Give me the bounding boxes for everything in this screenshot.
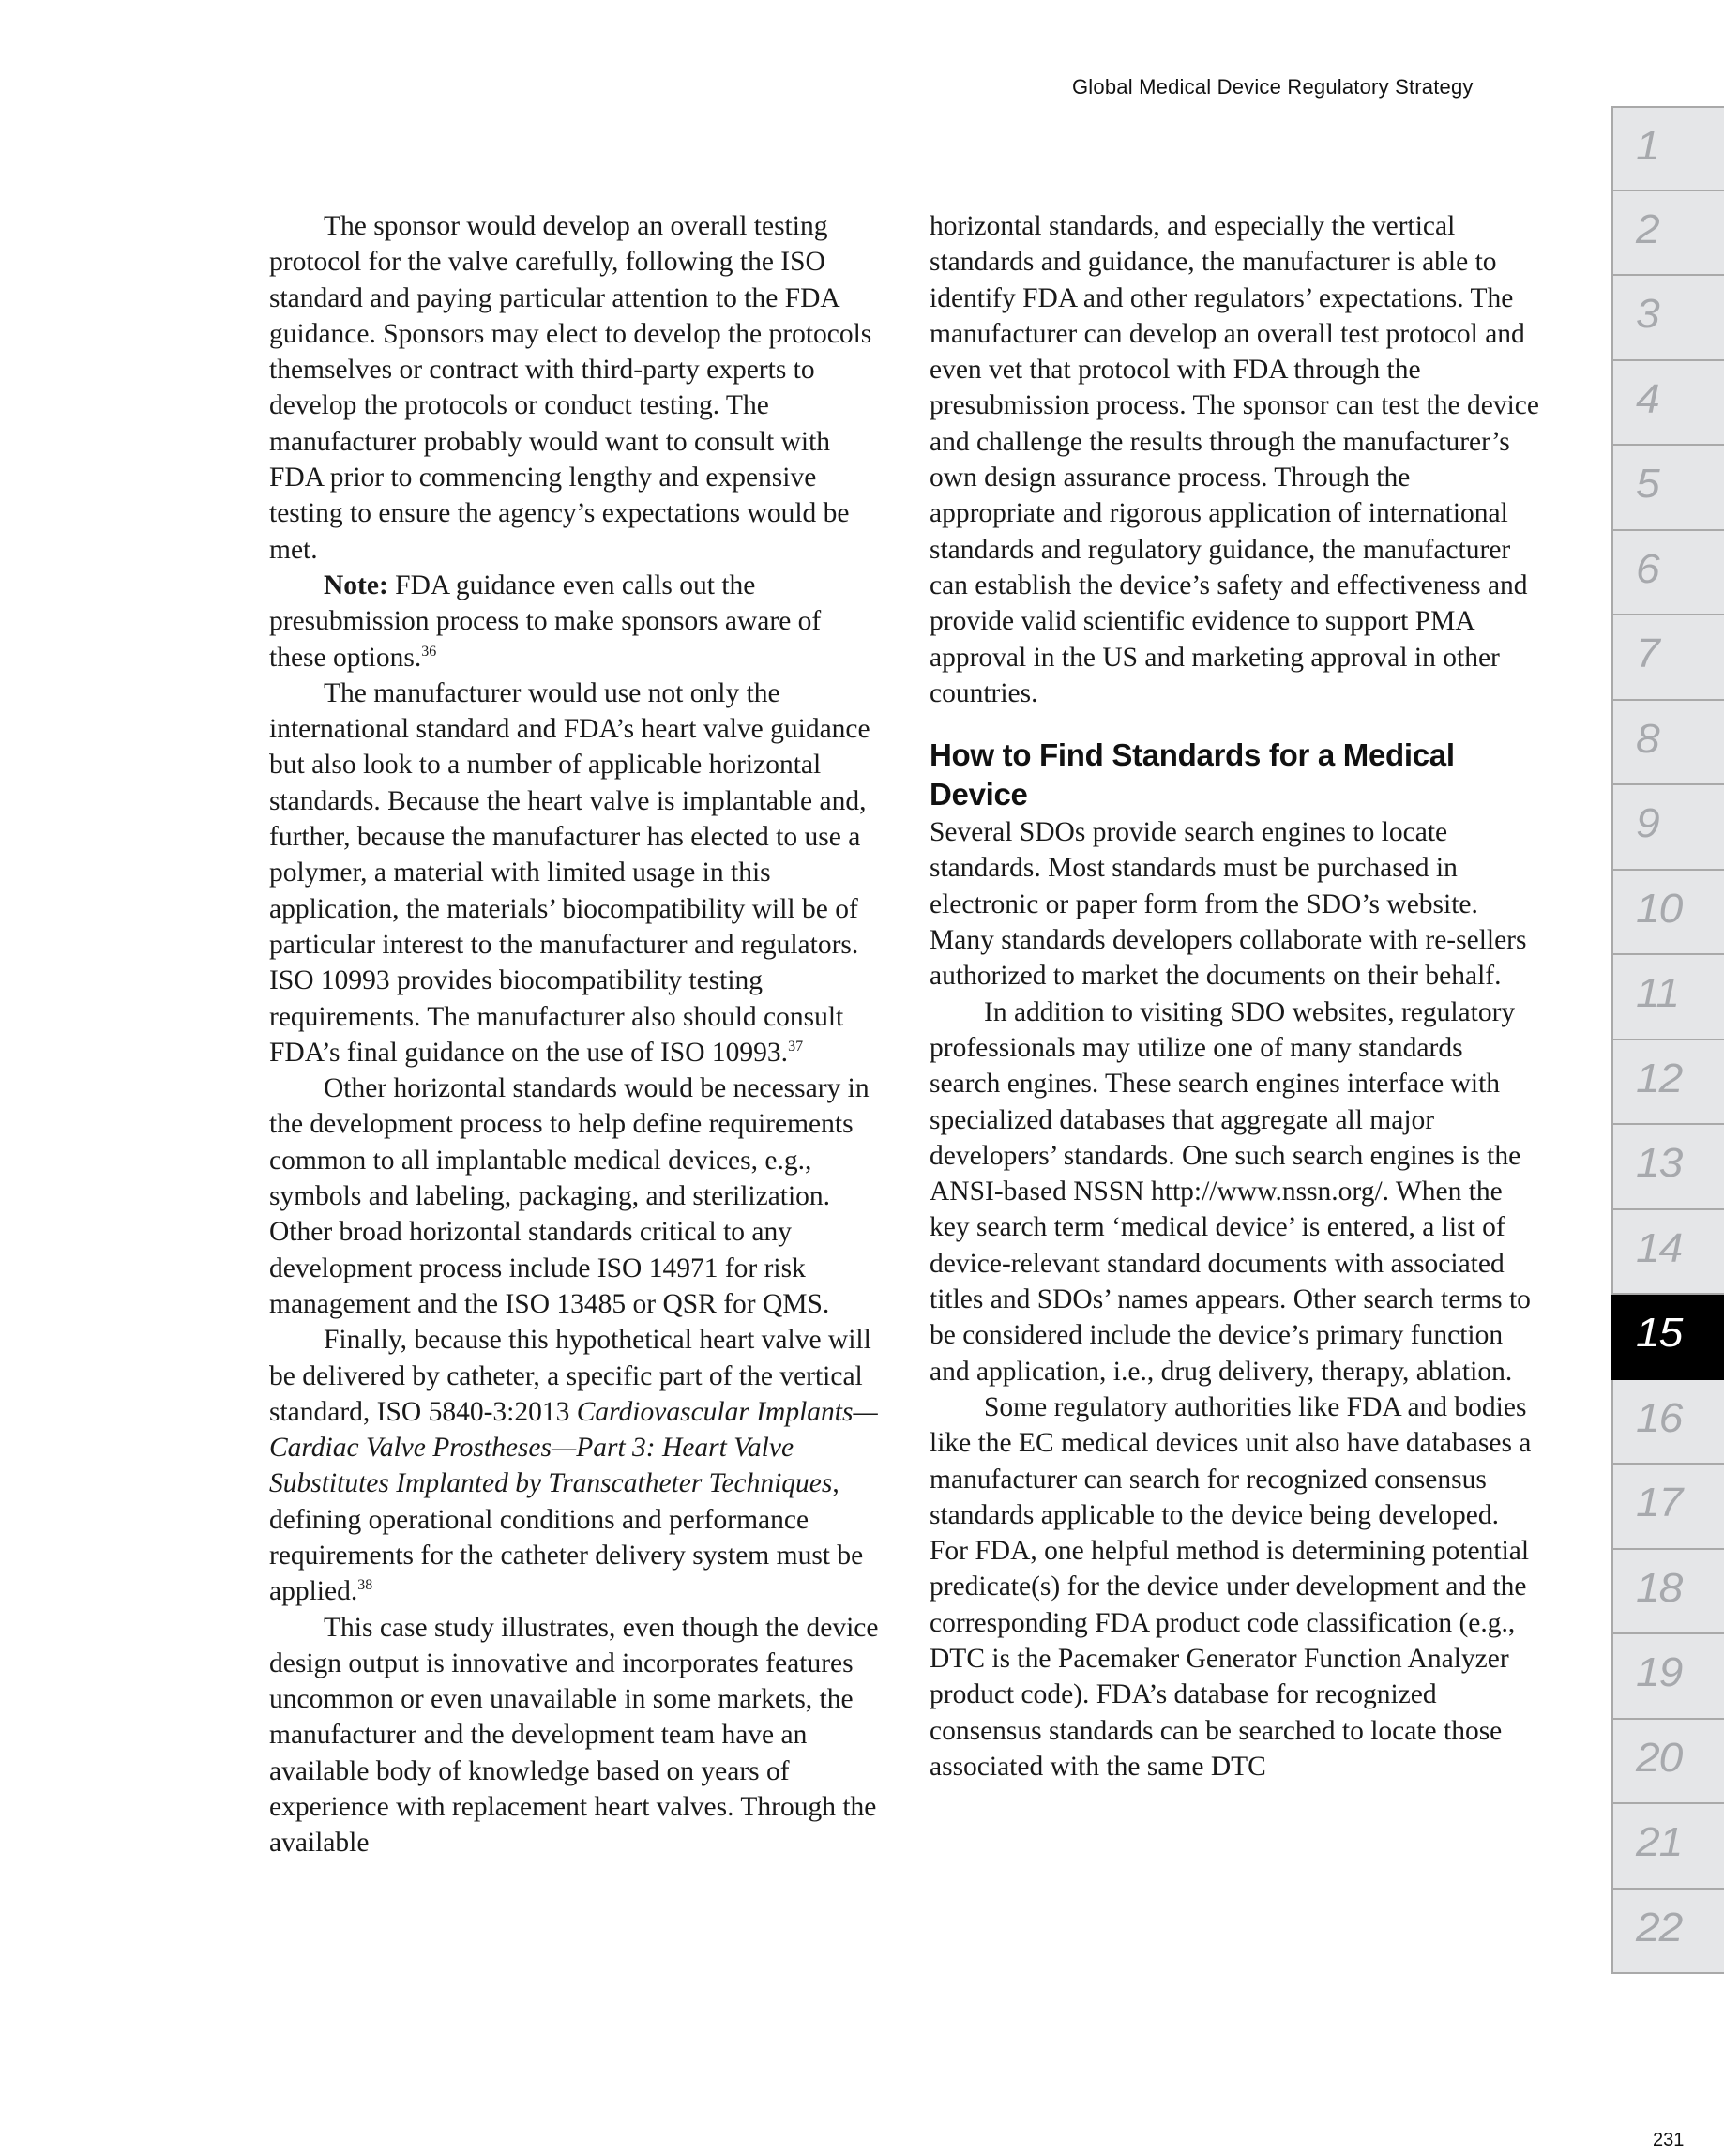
chapter-tab-18[interactable]: 18 <box>1611 1550 1724 1635</box>
chapter-tab-6[interactable]: 6 <box>1611 531 1724 616</box>
paragraph: The manufacturer would use not only the … <box>269 676 879 1070</box>
chapter-tab-16[interactable]: 16 <box>1611 1380 1724 1465</box>
chapter-tab-5[interactable]: 5 <box>1611 446 1724 531</box>
running-header-title: Global Medical Device Regulatory Strateg… <box>1072 75 1474 99</box>
chapter-tab-3[interactable]: 3 <box>1611 276 1724 361</box>
chapter-tab-15-active[interactable]: 15 <box>1611 1295 1724 1380</box>
chapter-tab-1[interactable]: 1 <box>1611 106 1724 191</box>
chapter-tab-8[interactable]: 8 <box>1611 701 1724 786</box>
paragraph: Other horizontal standards would be nece… <box>269 1070 879 1322</box>
chapter-tab-22[interactable]: 22 <box>1611 1890 1724 1975</box>
paragraph: Several SDOs provide search engines to l… <box>930 814 1539 994</box>
footnote-ref[interactable]: 38 <box>357 1577 372 1593</box>
paragraph: The sponsor would develop an overall tes… <box>269 208 879 568</box>
chapter-tab-7[interactable]: 7 <box>1611 615 1724 701</box>
footnote-ref[interactable]: 36 <box>421 644 436 660</box>
chapter-tab-17[interactable]: 17 <box>1611 1465 1724 1550</box>
chapter-tab-19[interactable]: 19 <box>1611 1634 1724 1720</box>
paragraph: This case study illustrates, even though… <box>269 1610 879 1861</box>
chapter-tab-10[interactable]: 10 <box>1611 871 1724 956</box>
paragraph: horizontal standards, and especially the… <box>930 208 1539 711</box>
chapter-tab-2[interactable]: 2 <box>1611 191 1724 277</box>
left-text-column: The sponsor would develop an overall tes… <box>269 208 879 1861</box>
chapter-tab-4[interactable]: 4 <box>1611 361 1724 447</box>
footnote-ref[interactable]: 37 <box>788 1039 803 1055</box>
chapter-tab-20[interactable]: 20 <box>1611 1720 1724 1805</box>
paragraph: Finally, because this hypothetical heart… <box>269 1322 879 1609</box>
right-text-column: horizontal standards, and especially the… <box>930 208 1539 1784</box>
paragraph: Some regulatory authorities like FDA and… <box>930 1389 1539 1784</box>
page-number: 231 <box>1653 2130 1684 2151</box>
chapter-tab-9[interactable]: 9 <box>1611 785 1724 871</box>
chapter-tab-11[interactable]: 11 <box>1611 955 1724 1040</box>
paragraph: In addition to visiting SDO websites, re… <box>930 994 1539 1389</box>
chapter-tab-14[interactable]: 14 <box>1611 1210 1724 1296</box>
chapter-tab-13[interactable]: 13 <box>1611 1125 1724 1210</box>
chapter-tab-21[interactable]: 21 <box>1611 1804 1724 1890</box>
chapter-tab-12[interactable]: 12 <box>1611 1040 1724 1126</box>
chapter-tabs: 1 2 3 4 5 6 7 8 9 10 11 12 13 14 15 16 1… <box>1611 106 1724 1974</box>
paragraph-note: Note: FDA guidance even calls out the pr… <box>269 568 879 676</box>
note-label: Note: <box>324 570 388 600</box>
section-heading: How to Find Standards for a Medical Devi… <box>930 736 1539 814</box>
